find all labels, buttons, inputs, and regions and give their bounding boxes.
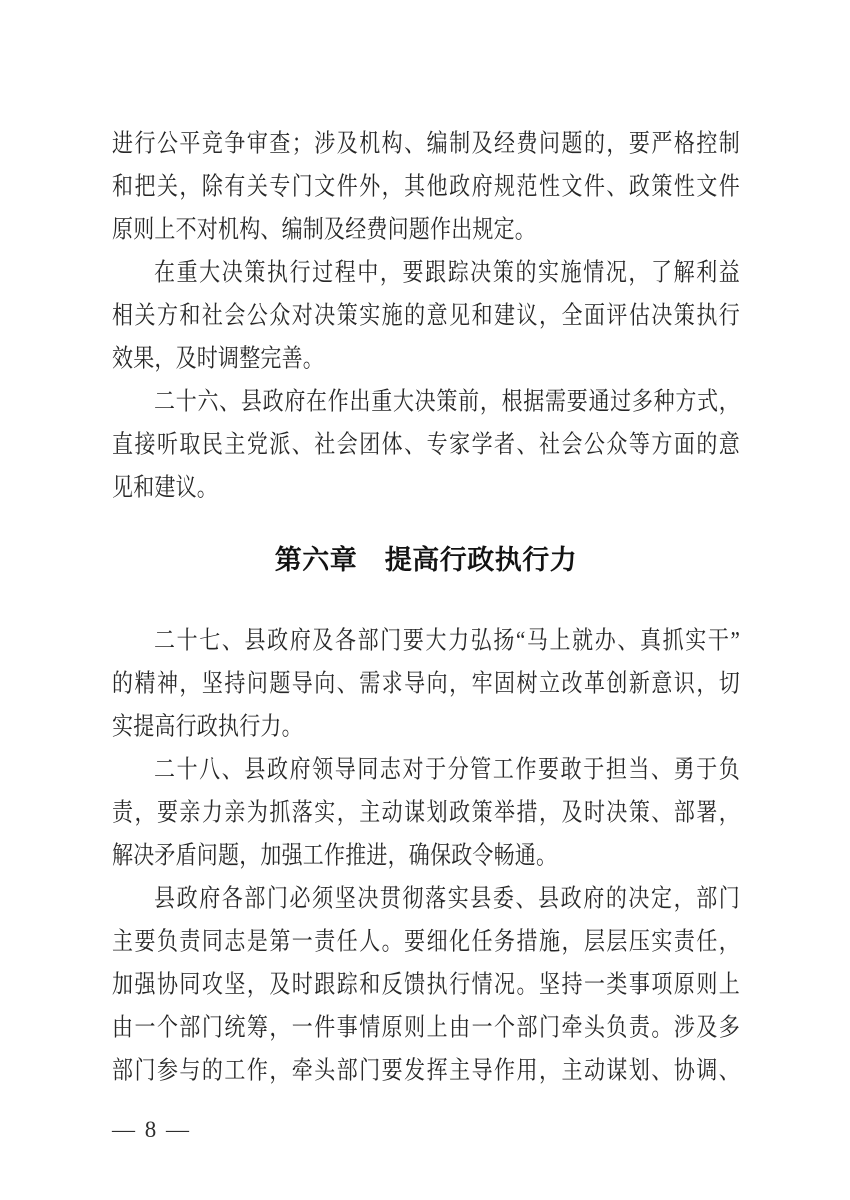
paragraph: 二十八、县政府领导同志对于分管工作要敢于担当、勇于负 责，要亲力亲为抓落实，主动… bbox=[112, 748, 740, 877]
document-body: 进行公平竞争审查；涉及机构、编制及经费问题的，要严格控制 和把关，除有关专门文件… bbox=[112, 122, 740, 1144]
paragraph: 在重大决策执行过程中，要跟踪决策的实施情况，了解利益 相关方和社会公众对决策实施… bbox=[112, 251, 740, 380]
chapter-heading: 第六章 提高行政执行力 bbox=[112, 539, 740, 582]
paragraph: 二十六、县政府在作出重大决策前，根据需要通过多种方式， 直接听取民主党派、社会团… bbox=[112, 380, 740, 509]
page-number: — 8 — bbox=[112, 1116, 740, 1144]
paragraph: 进行公平竞争审查；涉及机构、编制及经费问题的，要严格控制 和把关，除有关专门文件… bbox=[112, 122, 740, 251]
body-line: 部门参与的工作，牵头部门要发挥主导作用，主动谋划、协调、 bbox=[112, 1045, 740, 1097]
paragraph: 县政府各部门必须坚决贯彻落实县委、县政府的决定，部门 主要负责同志是第一责任人。… bbox=[112, 877, 740, 1092]
body-line: 见和建议。 bbox=[112, 462, 740, 514]
paragraph: 二十七、县政府及各部门要大力弘扬“马上就办、真抓实干” 的精神，坚持问题导向、需… bbox=[112, 619, 740, 748]
document-page: 进行公平竞争审查；涉及机构、编制及经费问题的，要严格控制 和把关，除有关专门文件… bbox=[0, 0, 850, 1200]
